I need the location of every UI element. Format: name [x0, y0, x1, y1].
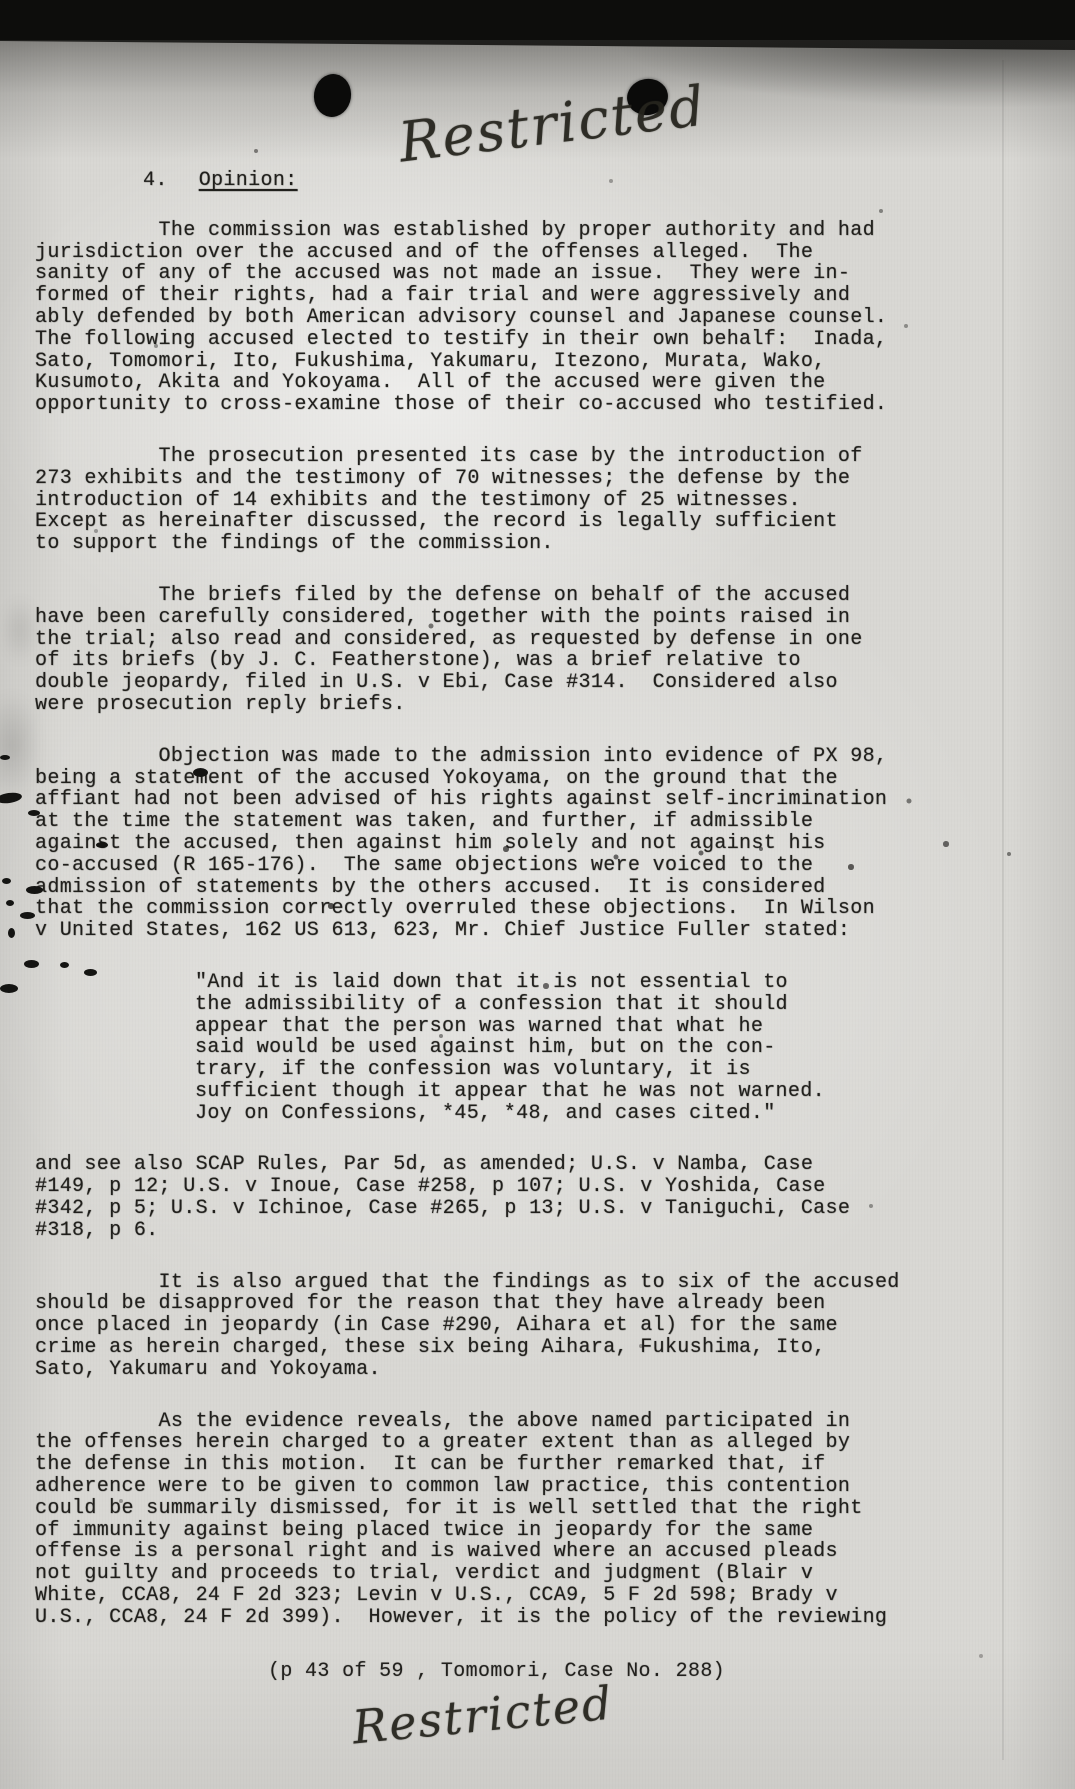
ink-blot	[26, 886, 43, 894]
restricted-stamp-top: Restricted	[395, 73, 709, 174]
paragraph-double-jeopardy-argument: It is also argued that the findings as t…	[35, 1272, 985, 1381]
blockquote-confession-rule: "And it is laid down that it is not esse…	[195, 972, 985, 1125]
scanned-document-page: Restricted 4.Opinion: The commission was…	[0, 0, 1075, 1789]
paragraph-objection-px98: Objection was made to the admission into…	[35, 746, 985, 942]
heading-number: 4.	[143, 170, 168, 192]
document-body: 4.Opinion: The commission was establishe…	[35, 170, 985, 1659]
ink-blot	[84, 969, 97, 976]
paragraph-commission-established: The commission was established by proper…	[35, 220, 985, 416]
ink-blot	[0, 791, 23, 805]
ink-blot	[6, 900, 14, 906]
ink-blot	[20, 912, 35, 919]
paragraph-evidence-reveals: As the evidence reveals, the above named…	[35, 1411, 985, 1629]
ink-blot	[96, 842, 108, 848]
scan-dust-specks	[0, 0, 2, 2]
ink-blot	[193, 768, 208, 777]
restricted-stamp-bottom: Restricted	[350, 1676, 616, 1755]
punch-hole-left	[311, 72, 354, 120]
paragraph-defense-briefs: The briefs filed by the defense on behal…	[35, 585, 985, 716]
scan-top-black-bar	[0, 0, 1075, 52]
footer-page-citation: (p 43 of 59 , Tomomori, Case No. 288)	[268, 1660, 725, 1683]
ink-blot	[8, 928, 15, 938]
ink-blot	[24, 960, 39, 968]
heading-title: Opinion:	[199, 170, 298, 192]
ink-blot	[2, 878, 11, 884]
paragraph-prosecution-case: The prosecution presented its case by th…	[35, 446, 985, 555]
ink-blot	[28, 810, 40, 816]
ink-blot	[0, 755, 10, 760]
scan-crease-line	[1002, 60, 1004, 1760]
ink-blot	[60, 962, 69, 968]
paragraph-scap-rules-citations: and see also SCAP Rules, Par 5d, as amen…	[35, 1154, 985, 1241]
scan-smudge	[0, 595, 40, 665]
section-heading: 4.Opinion:	[143, 170, 985, 192]
ink-blot	[0, 984, 18, 993]
